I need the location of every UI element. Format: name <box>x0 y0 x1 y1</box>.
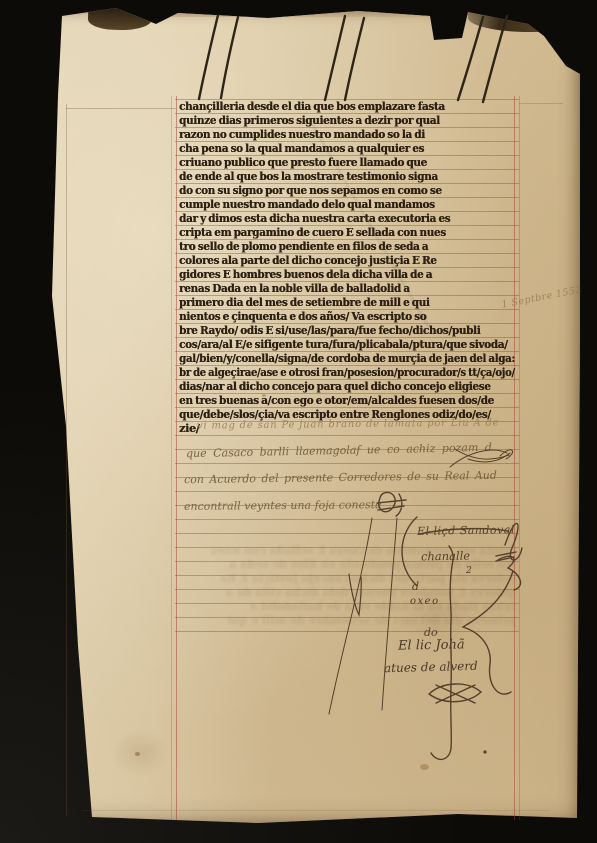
ruled-line <box>175 463 519 464</box>
body-text-line: tro sello de plomo pendiente en filos de… <box>179 239 515 253</box>
body-text-line: br de algeçirae/ase e otrosi fran/posesi… <box>179 365 502 379</box>
body-text-line: primero dia del mes de setiembre de mill… <box>179 295 515 309</box>
body-text-line: de ende al que bos la mostrare testimoni… <box>179 169 515 183</box>
torn-edge-patch <box>88 5 153 31</box>
body-text-line: gidores E hombres buenos dela dicha vill… <box>179 267 515 281</box>
body-text-line: renas Dada en la noble villa de balladol… <box>179 281 515 295</box>
torn-edge-band <box>148 8 440 17</box>
ruled-line <box>175 519 519 520</box>
body-text-line: do con su signo por que nos sepamos en c… <box>179 183 515 197</box>
signature-seal-word: oxeo <box>410 596 440 607</box>
signature-letter-d: d <box>412 580 419 593</box>
body-text-line: quinze dias primeros siguientes a dezir … <box>179 113 515 127</box>
margin-rule-left <box>176 96 177 820</box>
bleed-through-line: primero dia del mes de setiembre de mill… <box>178 614 516 628</box>
ruled-line <box>175 631 519 632</box>
manuscript-scan: cripta em pargamino de cuero E sellada c… <box>0 0 597 843</box>
body-text-line: cha pena so la qual mandamos a qualquier… <box>179 141 515 155</box>
annotation-line: encontrall veyntes una foja conesta <box>184 498 382 513</box>
body-text-line: criuano publico que presto fuere llamado… <box>179 155 515 169</box>
body-text-line: dar y dimos esta dicha nuestra carta exe… <box>179 211 515 225</box>
body-text-line: dias/nar al dicho concejo para quel dich… <box>179 379 515 393</box>
signature-surname: atues de alverd <box>384 659 478 675</box>
body-text-line: chançilleria desde el dia que bos emplaz… <box>179 99 515 113</box>
body-text-line: colores ala parte del dicho concejo just… <box>179 253 515 267</box>
signature-small-mark: 2 <box>466 566 472 576</box>
signature-sandoval: El liçd Sandoval <box>417 523 515 538</box>
body-text-line: nientos e çinquenta e dos años/ Va escri… <box>179 309 515 323</box>
frame-line-bottom <box>82 810 550 811</box>
margin-rule-left-outer <box>171 96 172 820</box>
ruled-line <box>175 491 519 492</box>
body-text-line: en tres buenas a/con ego e otor/em/alcal… <box>179 393 515 407</box>
body-text-line: cos/ara/al E/e sifigente tura/fura/plica… <box>179 337 515 351</box>
torn-edge-patch <box>468 6 580 32</box>
frame-line-top-left <box>66 108 176 109</box>
signature-chancellor: chanalle <box>421 549 470 564</box>
body-text-line: cumple nuestro mandado delo qual mandamo… <box>179 197 515 211</box>
bleed-through-line: renas Dada en la noble villa de balladol… <box>178 600 516 614</box>
folio-edge <box>40 66 42 806</box>
body-text-line: razon no cumplides nuestro mandado so la… <box>179 127 515 141</box>
body-text-line: cripta em pargamino de cuero E sellada c… <box>179 225 515 239</box>
bleed-through-line: gidores E hombres buenos dela dicha vill… <box>178 586 516 600</box>
body-text: chançilleria desde el dia que bos emplaz… <box>179 99 539 435</box>
frame-line-vertical <box>66 104 67 816</box>
signature-johan: El lic Johã <box>398 637 465 653</box>
ruled-line <box>175 435 519 436</box>
body-text-line: gal/bien/y/conella/signa/de cordoba de m… <box>179 351 509 365</box>
body-text-line: bre Raydo/ odis E si/use/las/para/fue fe… <box>179 323 515 337</box>
